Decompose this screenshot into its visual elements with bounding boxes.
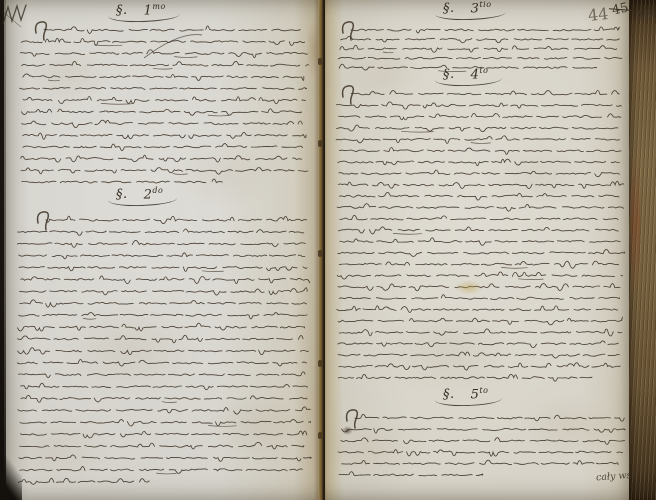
section-heading-2: §.2do bbox=[116, 186, 163, 202]
left-page: §.1mo §.2do bbox=[4, 0, 319, 500]
bottom-left-shadow bbox=[0, 454, 22, 500]
heading-ordinal-suffix: mo bbox=[152, 2, 165, 11]
photo-left-edge bbox=[0, 0, 6, 500]
binding-stitch bbox=[318, 250, 322, 257]
section-heading-5: §.5to bbox=[443, 386, 488, 402]
binding-stitch bbox=[318, 58, 322, 65]
heading-ordinal-suffix: tio bbox=[479, 0, 491, 9]
binding-stitch bbox=[318, 140, 322, 147]
page-number-current: 46. bbox=[636, 9, 656, 22]
section-heading-4: §.4to bbox=[443, 66, 488, 82]
heading-ordinal-suffix: to bbox=[479, 66, 488, 75]
handwriting-paragraph bbox=[337, 410, 627, 493]
manuscript-photo: §.1mo §.2do §.3tio §.4to §.5to 44 bbox=[0, 0, 656, 500]
page-number-crossed: 45 bbox=[611, 1, 630, 17]
heading-ordinal-suffix: do bbox=[152, 186, 163, 195]
binding-stitch bbox=[318, 360, 322, 367]
book-fore-edge bbox=[629, 0, 656, 500]
heading-underline-flourish bbox=[435, 11, 506, 21]
page-number-faint: 44 bbox=[587, 6, 609, 24]
binding-stitch bbox=[318, 432, 322, 439]
opening-swash-flourish bbox=[142, 26, 206, 60]
section-heading-1: §.1mo bbox=[116, 2, 166, 18]
handwriting-paragraph bbox=[16, 212, 312, 500]
heading-underline-flourish bbox=[108, 197, 178, 207]
handwriting-paragraph bbox=[335, 86, 627, 396]
page-numbers: 44 45 46. bbox=[588, 2, 656, 23]
heading-underline-flourish bbox=[435, 397, 503, 407]
right-page: §.3tio §.4to §.5to bbox=[325, 0, 630, 500]
corner-monogram-mark bbox=[2, 2, 32, 32]
section-heading-3: §.3tio bbox=[443, 0, 492, 16]
heading-ordinal-suffix: to bbox=[479, 386, 488, 395]
